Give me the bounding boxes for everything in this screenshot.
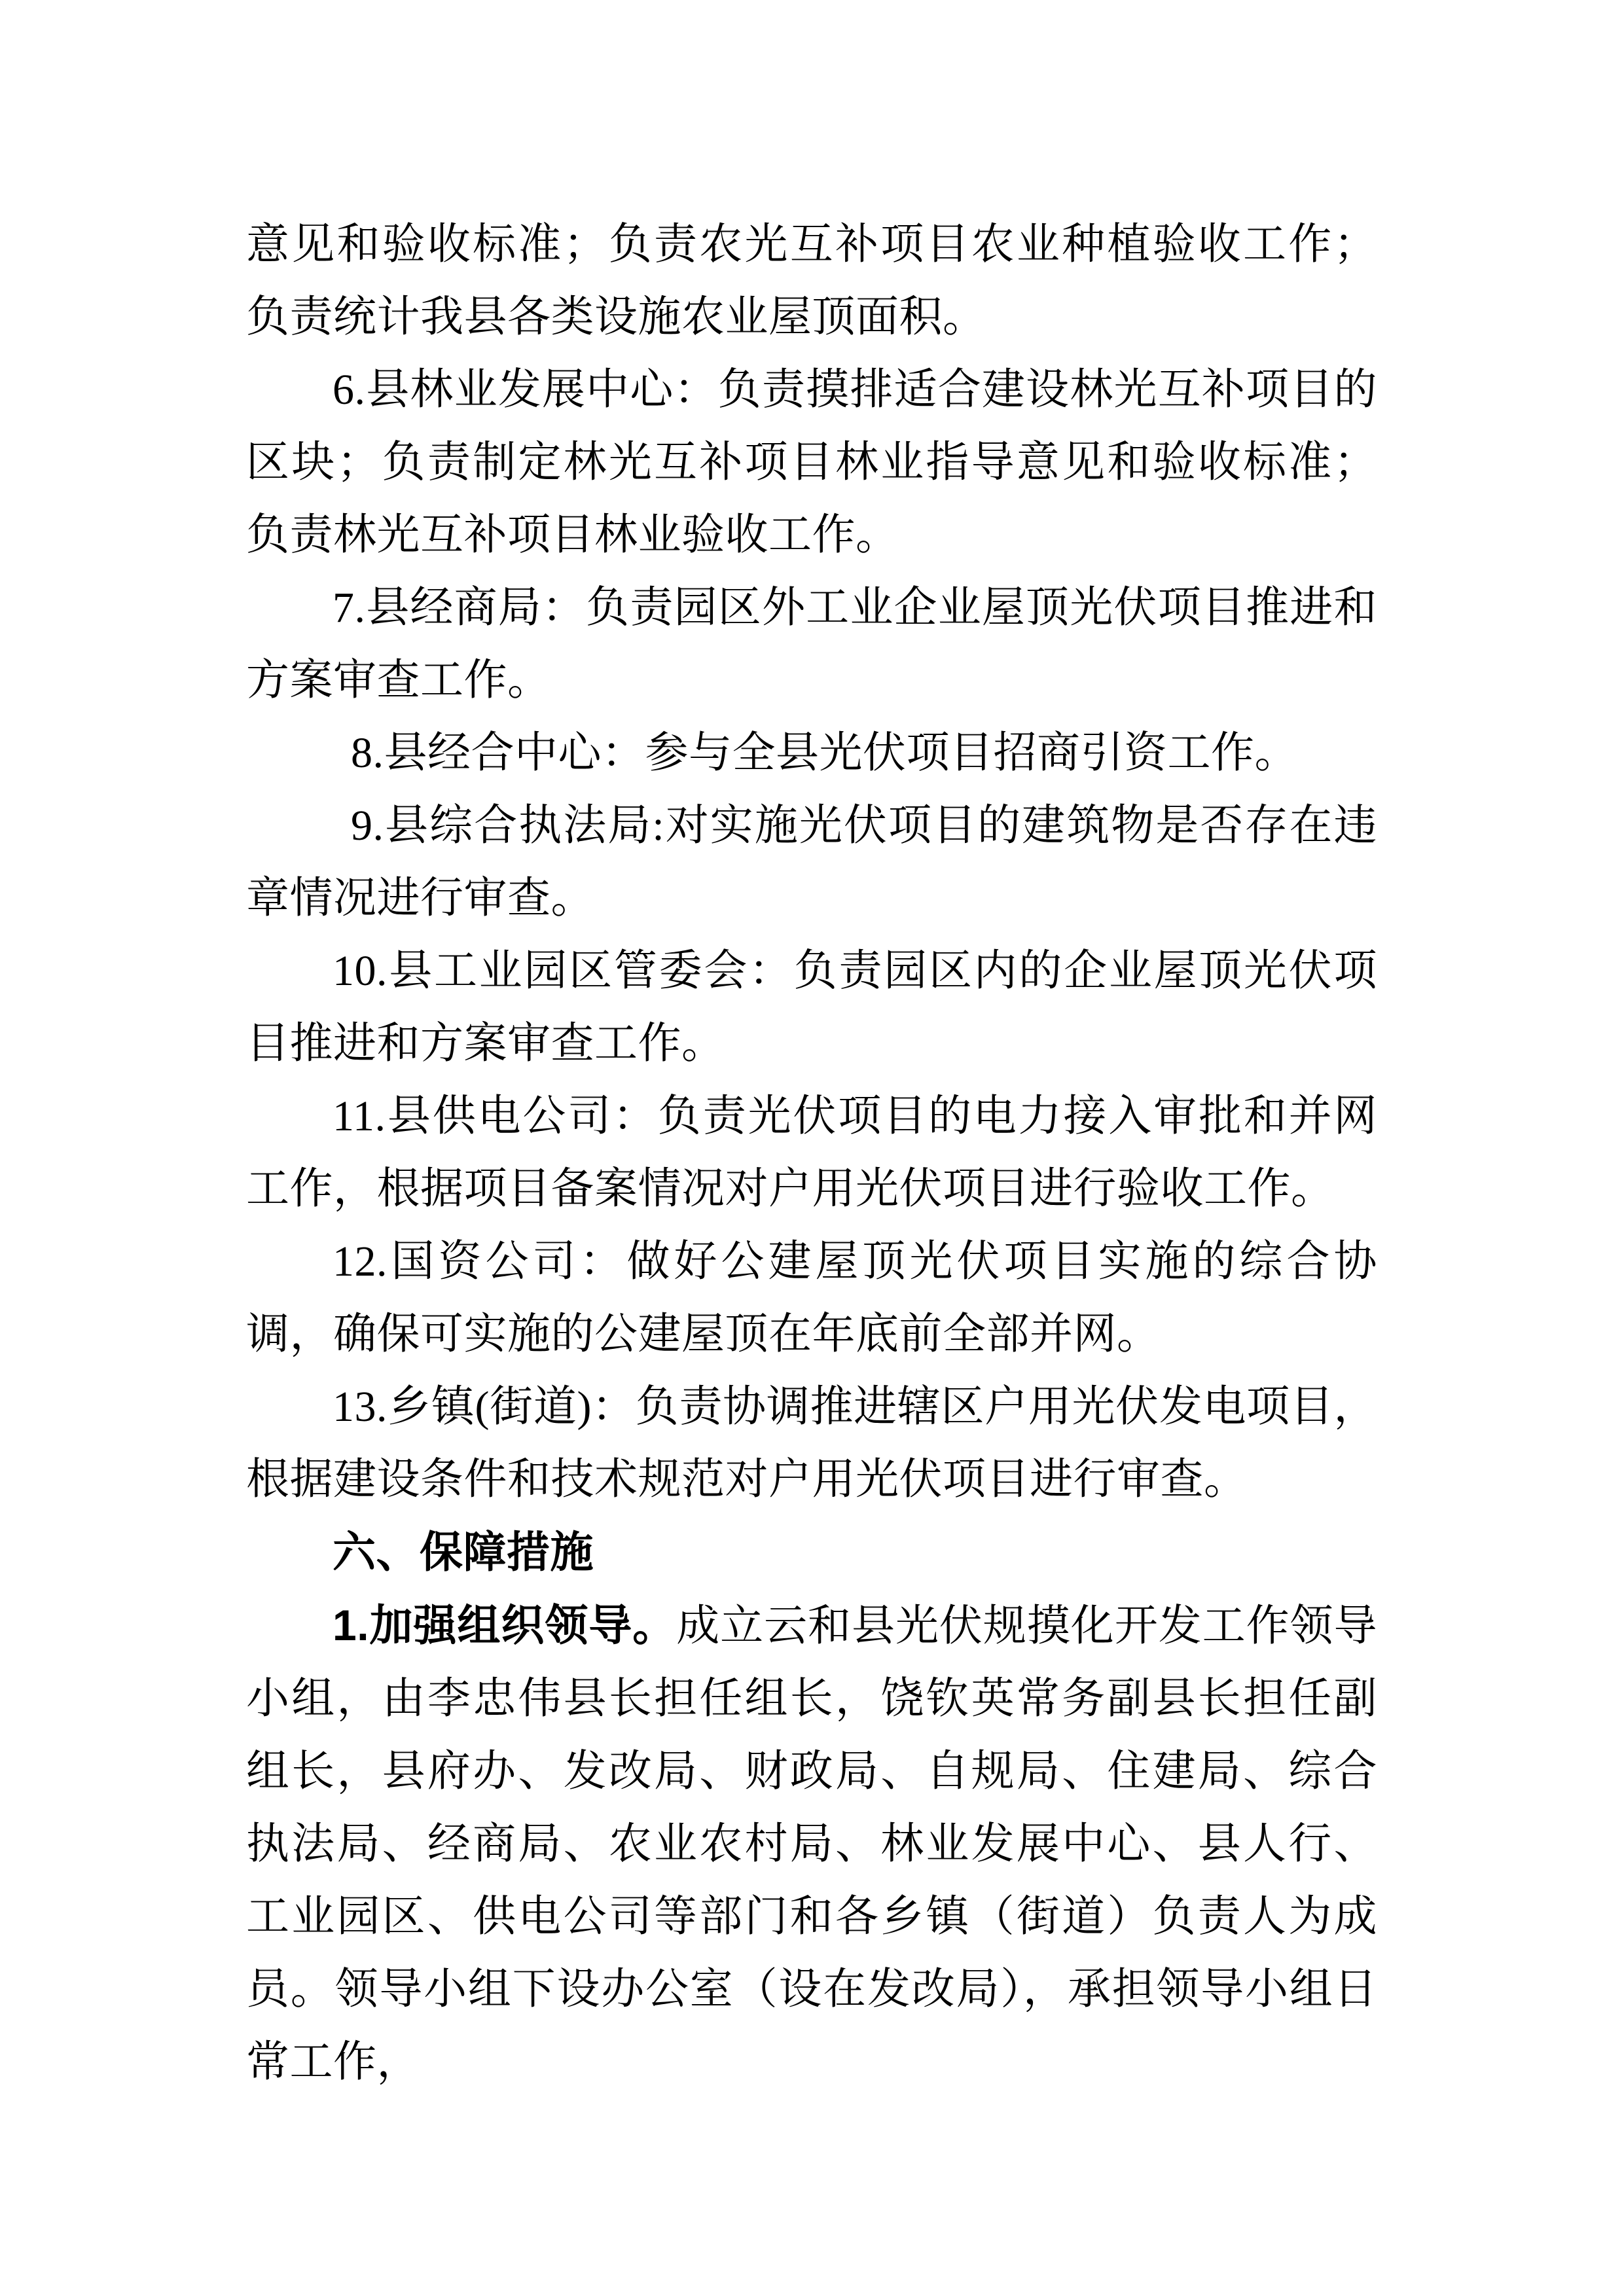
paragraph-item13-townships: 13.乡镇(街道)：负责协调推进辖区户用光伏发电项目，根据建设条件和技术规范对户…: [246, 1371, 1377, 1516]
section-heading-text: 六、保障措施: [333, 1528, 594, 1576]
paragraph-item11-power-supply-company: 11.县供电公司：负责光伏项目的电力接入审批和并网工作，根据项目备案情况对户用光…: [246, 1080, 1377, 1225]
paragraph-item8-economic-cooperation-center: 8.县经合中心：参与全县光伏项目招商引资工作。: [246, 717, 1377, 789]
paragraph-item9-law-enforcement-bureau: 9.县综合执法局:对实施光伏项目的建筑物是否存在违章情况进行审查。: [246, 789, 1377, 935]
paragraph-item6-forestry-center: 6.县林业发展中心：负责摸排适合建设林光互补项目的区块；负责制定林光互补项目林业…: [246, 353, 1377, 571]
section-heading-safeguard-measures: 六、保障措施: [246, 1516, 1377, 1589]
measure1-body-text: 成立云和县光伏规摸化开发工作领导小组，由李忠伟县长担任组长，饶钦英常务副县长担任…: [246, 1602, 1377, 2086]
paragraph-measure1-organization-leadership: 1.加强组织领导。成立云和县光伏规摸化开发工作领导小组，由李忠伟县长担任组长，饶…: [246, 1589, 1377, 2098]
paragraph-item10-industrial-park-committee: 10.县工业园区管委会：负责园区内的企业屋顶光伏项目推进和方案审查工作。: [246, 935, 1377, 1080]
paragraph-item7-commerce-bureau: 7.县经商局：负责园区外工业企业屋顶光伏项目推进和方案审查工作。: [246, 571, 1377, 717]
measure1-bold-lead: 1.加强组织领导。: [333, 1601, 676, 1649]
paragraph-item12-state-asset-company: 12.国资公司：做好公建屋顶光伏项目实施的综合协调，确保可实施的公建屋顶在年底前…: [246, 1225, 1377, 1371]
document-page: 意见和验收标准；负责农光互补项目农业种植验收工作；负责统计我县各类设施农业屋顶面…: [0, 0, 1624, 2296]
paragraph-item5-continuation: 意见和验收标准；负责农光互补项目农业种植验收工作；负责统计我县各类设施农业屋顶面…: [246, 208, 1377, 353]
document-body: 意见和验收标准；负责农光互补项目农业种植验收工作；负责统计我县各类设施农业屋顶面…: [246, 208, 1377, 2098]
